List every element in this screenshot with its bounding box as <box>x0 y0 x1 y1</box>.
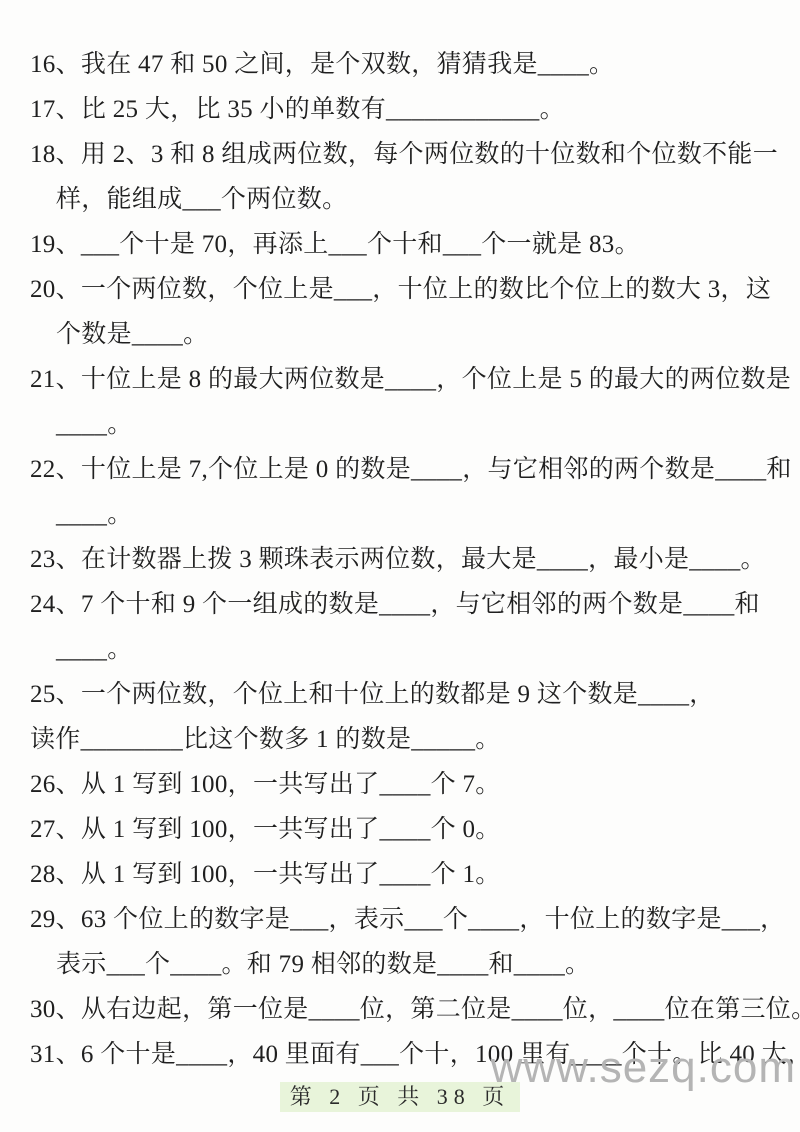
question-line-17: 17、比 25 大，比 35 小的单数有____________。 <box>30 87 780 132</box>
question-line-25-cont: 读作________比这个数多 1 的数是_____。 <box>30 717 780 762</box>
question-line-22: 22、十位上是 7,个位上是 0 的数是____，与它相邻的两个数是____和 <box>30 447 780 492</box>
question-line-20: 20、一个两位数，个位上是___，十位上的数比个位上的数大 3，这 <box>30 267 780 312</box>
question-line-29-cont: 表示___个____。和 79 相邻的数是____和____。 <box>30 942 780 987</box>
question-line-26: 26、从 1 写到 100，一共写出了____个 7。 <box>30 762 780 807</box>
page-footer: 第 2 页 共 38 页 <box>0 1082 800 1112</box>
question-line-23: 23、在计数器上拨 3 颗珠表示两位数，最大是____，最小是____。 <box>30 537 780 582</box>
page-number-label: 第 2 页 共 38 页 <box>280 1082 521 1112</box>
question-line-31: 31、6 个十是____，40 里面有___个十，100 里有____个十。比 … <box>30 1032 780 1077</box>
question-line-22-cont: ____。 <box>30 492 780 537</box>
question-line-24: 24、7 个十和 9 个一组成的数是____，与它相邻的两个数是____和 <box>30 582 780 627</box>
question-line-20-cont: 个数是____。 <box>30 312 780 357</box>
question-line-21: 21、十位上是 8 的最大两位数是____，个位上是 5 的最大的两位数是 <box>30 357 780 402</box>
question-line-24-cont: ____。 <box>30 627 780 672</box>
question-line-30: 30、从右边起，第一位是____位，第二位是____位，____位在第三位。 <box>30 987 780 1032</box>
question-line-18: 18、用 2、3 和 8 组成两位数，每个两位数的十位数和个位数不能一 <box>30 132 780 177</box>
question-line-29: 29、63 个位上的数字是___，表示___个____，十位上的数字是___， <box>30 897 780 942</box>
worksheet-page: 16、我在 47 和 50 之间，是个双数，猜猜我是____。 17、比 25 … <box>0 0 800 1132</box>
question-line-25: 25、一个两位数，个位上和十位上的数都是 9 这个数是____， <box>30 672 780 717</box>
question-line-21-cont: ____。 <box>30 402 780 447</box>
question-line-19: 19、___个十是 70，再添上___个十和___个一就是 83。 <box>30 222 780 267</box>
question-line-27: 27、从 1 写到 100，一共写出了____个 0。 <box>30 807 780 852</box>
question-line-28: 28、从 1 写到 100，一共写出了____个 1。 <box>30 852 780 897</box>
question-line-16: 16、我在 47 和 50 之间，是个双数，猜猜我是____。 <box>30 42 780 87</box>
question-list: 16、我在 47 和 50 之间，是个双数，猜猜我是____。 17、比 25 … <box>30 42 780 1077</box>
question-line-18-cont: 样，能组成___个两位数。 <box>30 177 780 222</box>
